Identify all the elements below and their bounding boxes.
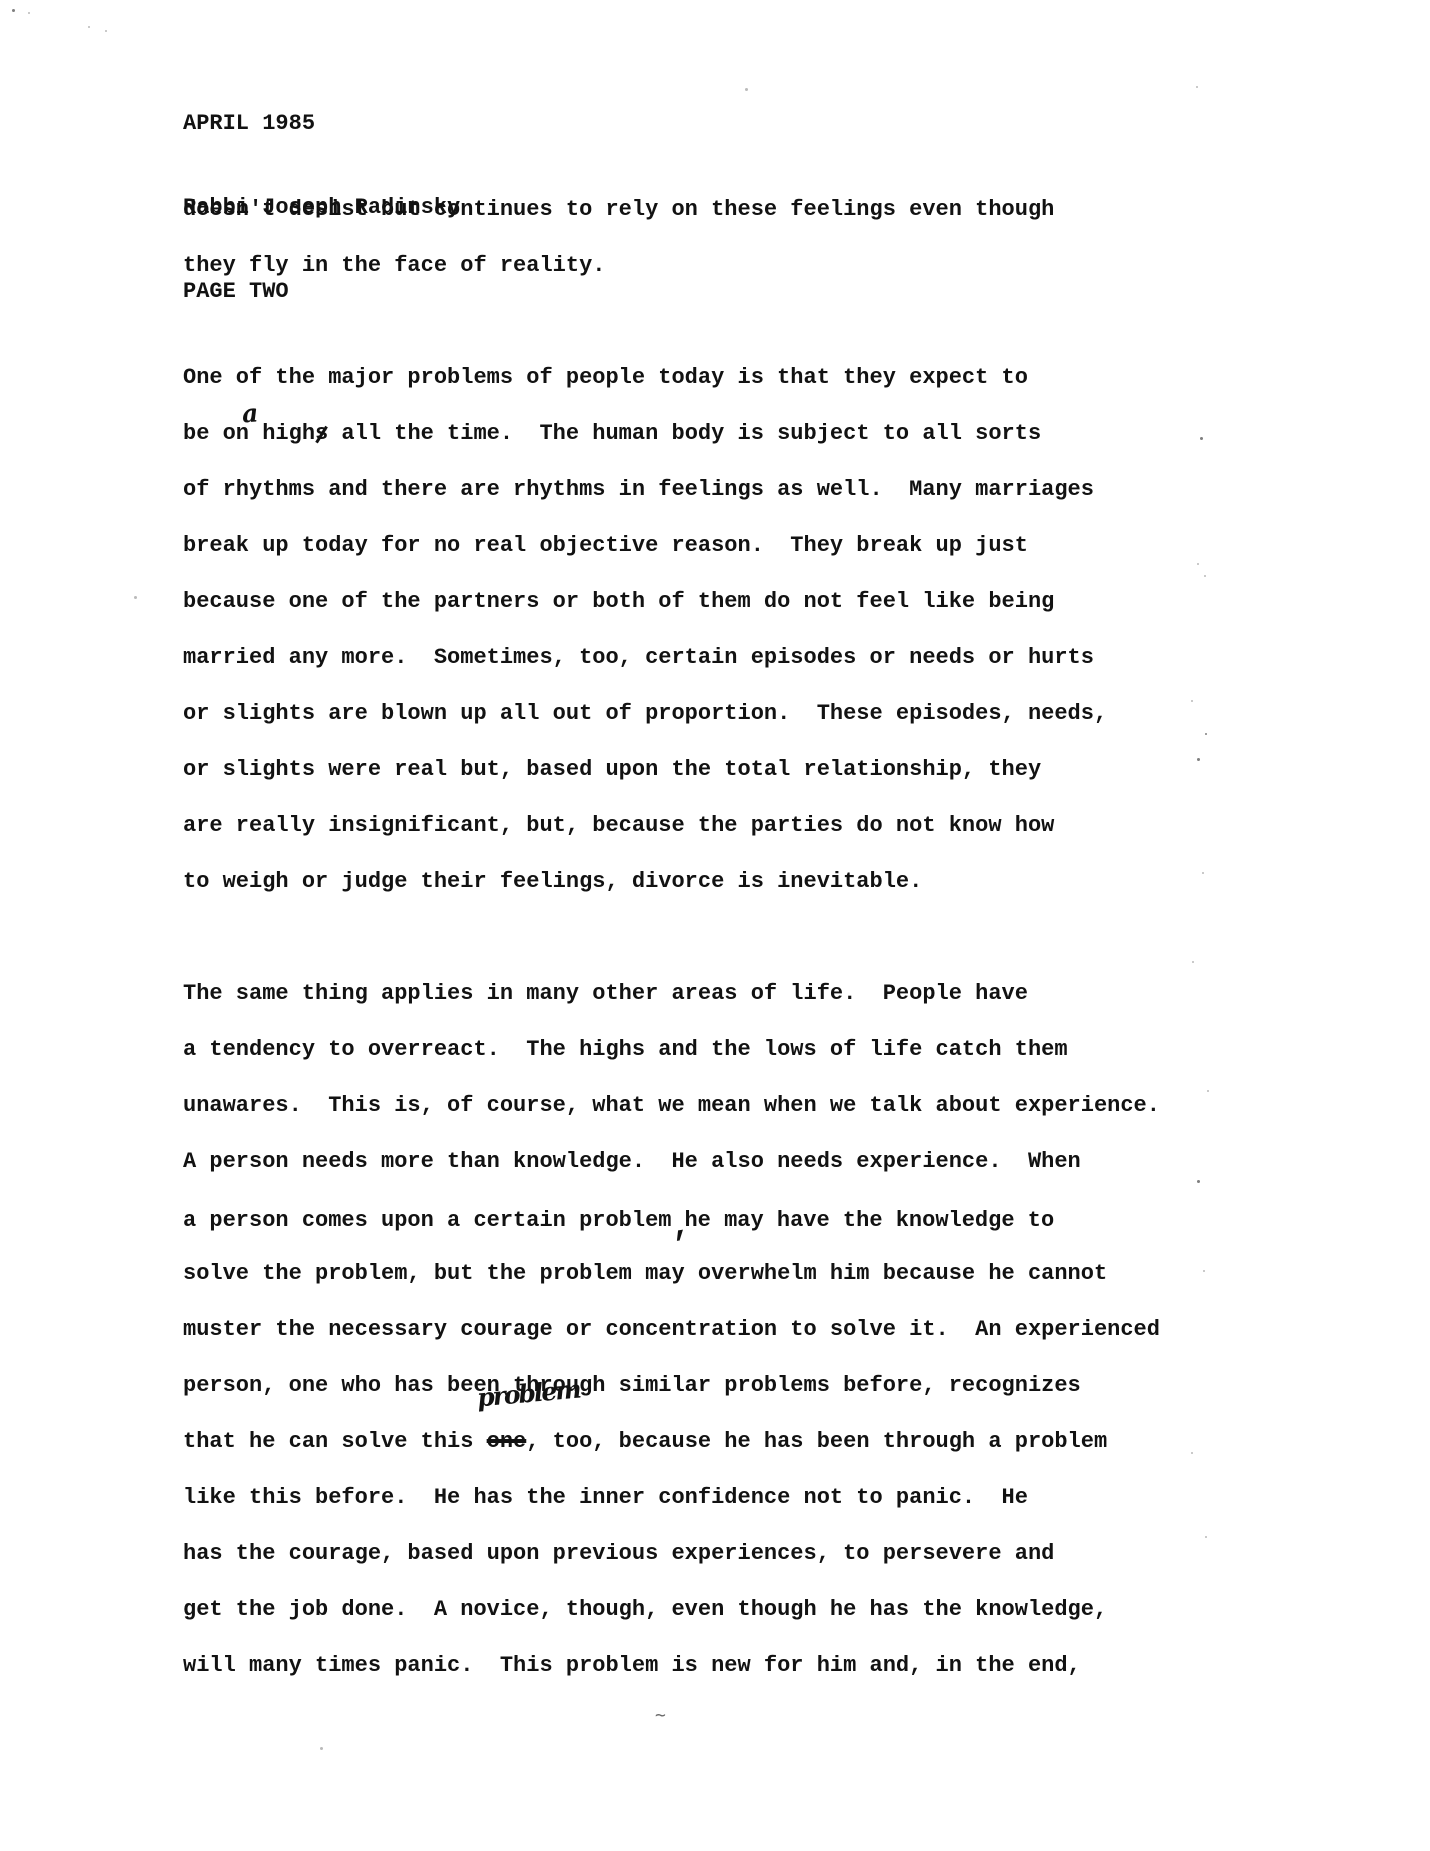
text-line: One of the major problems of people toda…: [183, 350, 1160, 406]
text-line: to weigh or judge their feelings, divorc…: [183, 854, 1160, 910]
text-segment: , too, because he has been through a pro…: [526, 1429, 1107, 1454]
scan-artifact: [1205, 733, 1207, 735]
scan-artifact: [1192, 961, 1194, 963]
text-segment: that he can solve this: [183, 1429, 487, 1454]
scan-artifact: [1202, 872, 1204, 874]
text-line: of rhythms and there are rhythms in feel…: [183, 462, 1160, 518]
text-line: are really insignificant, but, because t…: [183, 798, 1160, 854]
scan-artifact: [105, 30, 107, 32]
text-line: muster the necessary courage or concentr…: [183, 1302, 1160, 1358]
scan-artifact: [255, 1491, 257, 1493]
text-segment: he may have the knowledge to: [684, 1208, 1054, 1233]
scan-artifact-tilde: ~: [655, 1705, 666, 1726]
scan-artifact: [88, 26, 90, 28]
text-line-with-comma-insertion: a person comes upon a certain problem,he…: [183, 1190, 1160, 1246]
scan-artifact: [1205, 1536, 1207, 1538]
text-line: doesn't desist but continues to rely on …: [183, 182, 1160, 238]
paragraph-2: One of the major problems of people toda…: [183, 350, 1160, 910]
text-line: because one of the partners or both of t…: [183, 574, 1160, 630]
scan-artifact: [28, 12, 30, 14]
scan-artifact: [1197, 1180, 1200, 1183]
struck-word-text: one: [487, 1429, 527, 1454]
text-line: or slights are blown up all out of propo…: [183, 686, 1160, 742]
paragraph-3: The same thing applies in many other are…: [183, 966, 1160, 1694]
scan-artifact: [1204, 575, 1206, 577]
text-line: solve the problem, but the problem may o…: [183, 1246, 1160, 1302]
scan-artifact: [1200, 437, 1203, 440]
scan-artifact: [134, 596, 137, 599]
text-line: break up today for no real objective rea…: [183, 518, 1160, 574]
text-line: will many times panic. This problem is n…: [183, 1638, 1160, 1694]
text-line: or slights were real but, based upon the…: [183, 742, 1160, 798]
scan-artifact: [745, 88, 748, 91]
text-segment: be on: [183, 421, 249, 446]
text-line: like this before. He has the inner confi…: [183, 1470, 1160, 1526]
text-line-with-insertion: be ona highs all the time. The human bod…: [183, 406, 1160, 462]
text-line: they fly in the face of reality.: [183, 238, 1160, 294]
paragraph-1: doesn't desist but continues to rely on …: [183, 182, 1160, 294]
text-segment: a person comes upon a certain problem: [183, 1208, 671, 1233]
scan-artifact: [1207, 1090, 1209, 1092]
text-line: person, one who has been through similar…: [183, 1358, 1160, 1414]
text-line: The same thing applies in many other are…: [183, 966, 1160, 1022]
scan-artifact: [1197, 563, 1199, 565]
struck-letter: s: [315, 406, 328, 462]
scan-artifact: [1197, 758, 1200, 761]
scan-artifact: [12, 9, 15, 12]
scan-artifact: [320, 1747, 323, 1750]
document-body: doesn't desist but continues to rely on …: [183, 182, 1160, 1750]
text-line-with-correction: that he can solve this oneproblem, too, …: [183, 1414, 1160, 1470]
text-line: get the job done. A novice, though, even…: [183, 1582, 1160, 1638]
text-line: A person needs more than knowledge. He a…: [183, 1134, 1160, 1190]
scanned-document-page: APRIL 1985 Rabbi Joseph Radinsky PAGE TW…: [0, 0, 1430, 1851]
text-segment: all the time. The human body is subject …: [328, 421, 1041, 446]
text-line: unawares. This is, of course, what we me…: [183, 1078, 1160, 1134]
header-date: APRIL 1985: [183, 110, 460, 138]
handwritten-insertion-a: a: [241, 400, 259, 426]
scan-artifact: [1196, 86, 1198, 88]
struck-word-one: oneproblem: [487, 1414, 527, 1470]
scan-artifact: [1203, 1270, 1205, 1272]
text-line: has the courage, based upon previous exp…: [183, 1526, 1160, 1582]
scan-artifact: [1191, 1452, 1193, 1454]
text-line: a tendency to overreact. The highs and t…: [183, 1022, 1160, 1078]
scan-artifact: [1191, 700, 1193, 702]
text-line: married any more. Sometimes, too, certai…: [183, 630, 1160, 686]
